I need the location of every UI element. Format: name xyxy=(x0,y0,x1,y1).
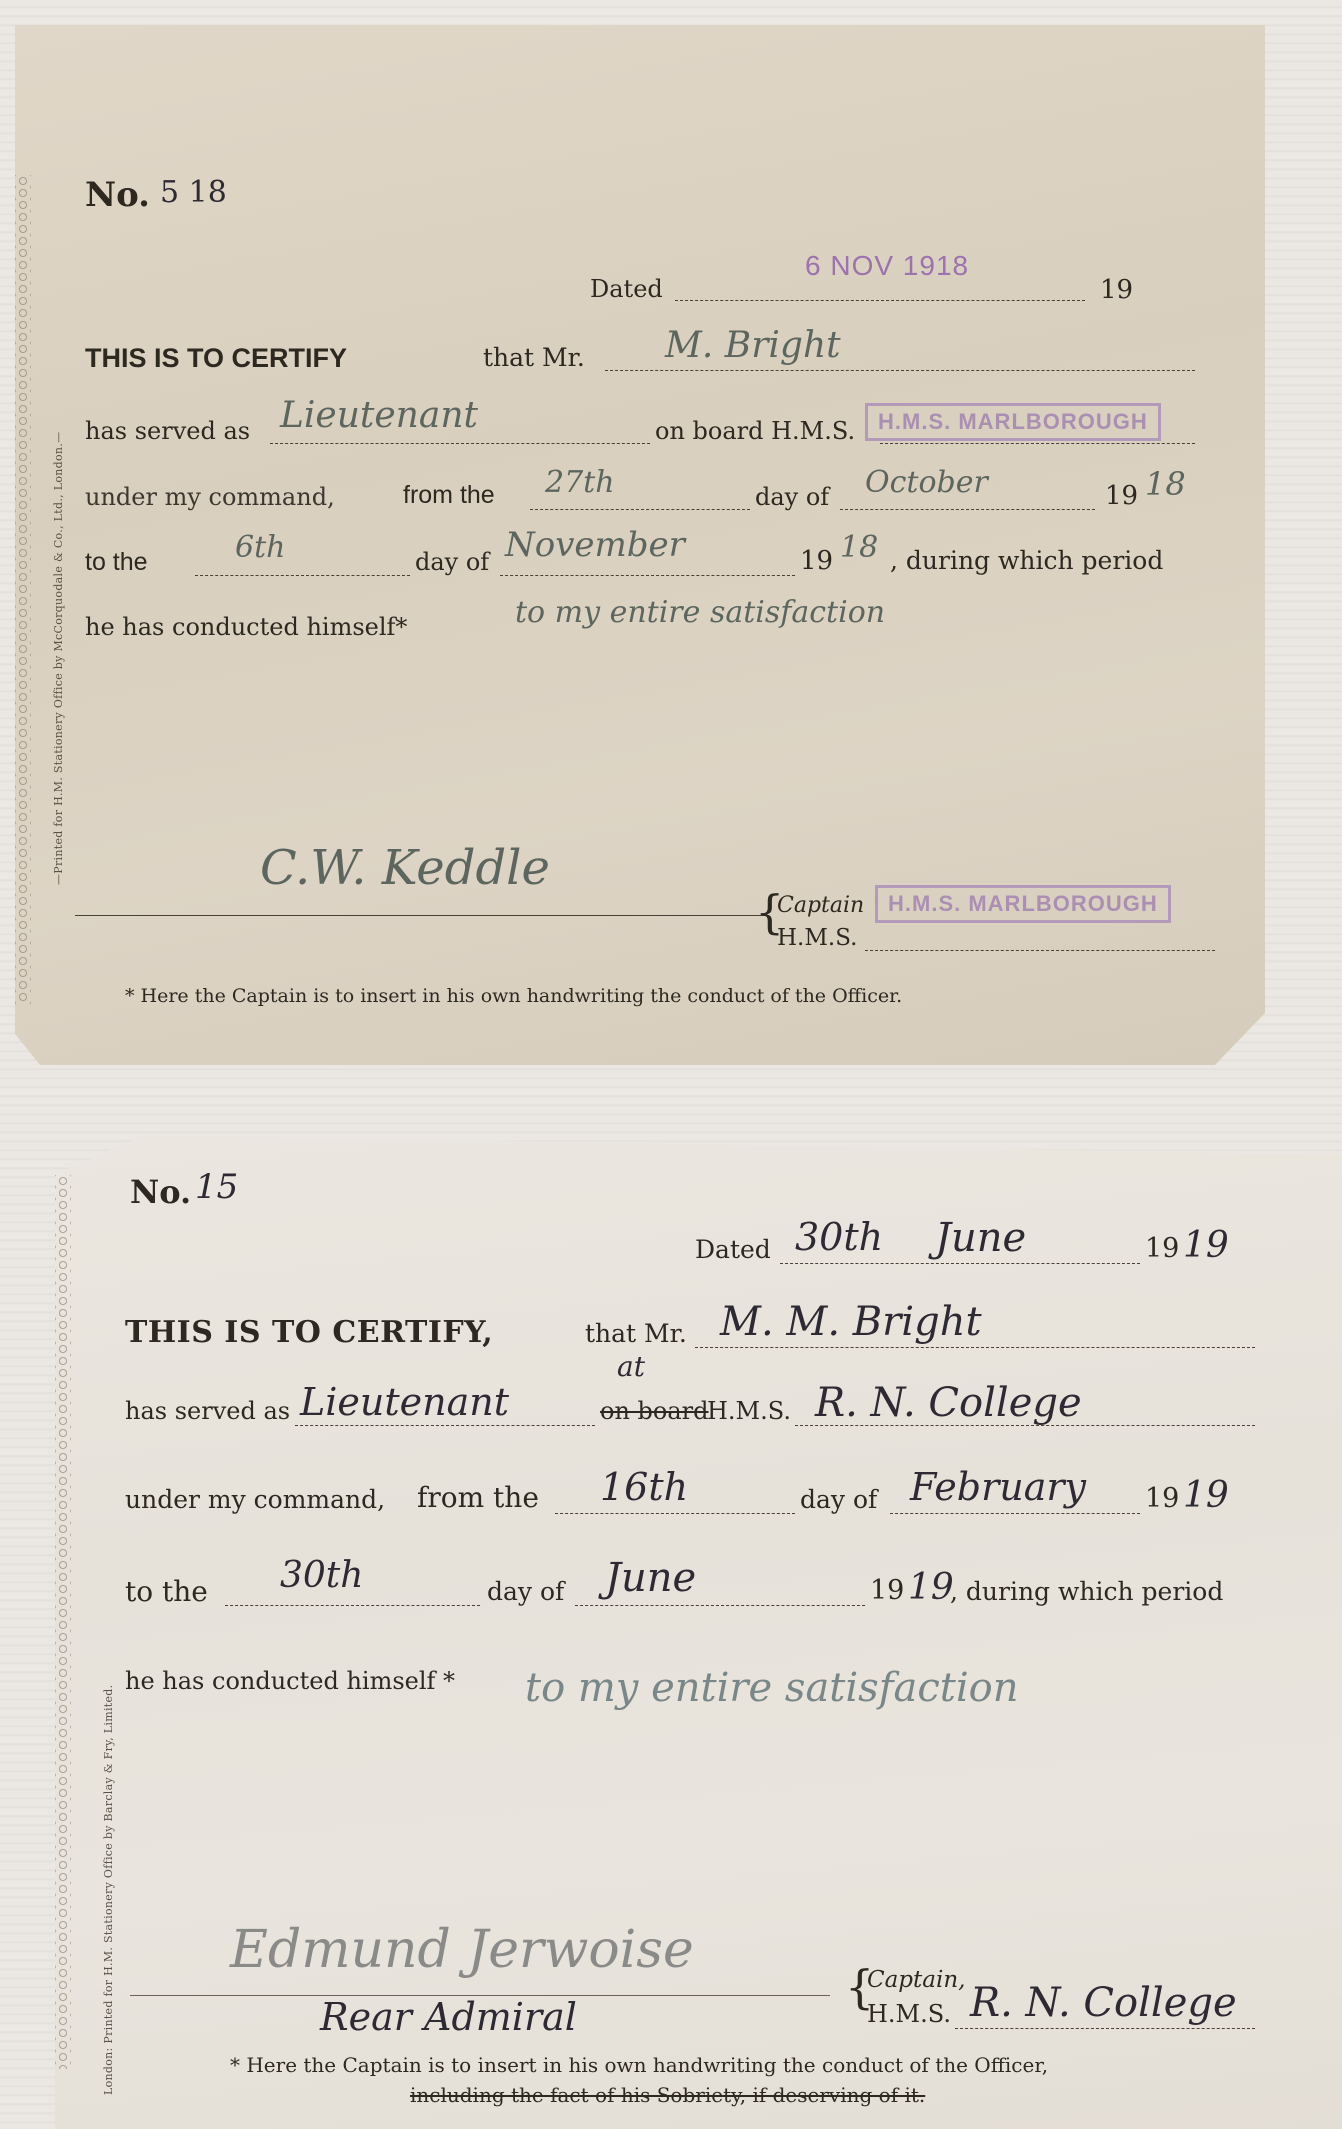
conduct-label: he has conducted himself * xyxy=(125,1667,455,1695)
that-mr-label: that Mr. xyxy=(585,1319,687,1348)
footnote-struck: including the fact of his Sobriety, if d… xyxy=(410,2083,925,2107)
to-month: June xyxy=(605,1555,696,1601)
certificate-1918: —Printed for H.M. Stationery Office by M… xyxy=(15,25,1265,1065)
dated-year-prefix: 19 xyxy=(1145,1233,1179,1264)
command-label: under my command, xyxy=(85,483,335,511)
day-of-label: day of xyxy=(800,1485,877,1514)
to-year-prefix: 19 xyxy=(870,1575,904,1606)
served-as-label: has served as xyxy=(85,417,250,445)
ship-stamp: H.M.S. MARLBOROUGH xyxy=(865,403,1161,441)
from-the-label: from the xyxy=(403,481,495,510)
certificate-1919: London: Printed for H.M. Stationery Offi… xyxy=(55,1135,1342,2129)
footnote: * Here the Captain is to insert in his o… xyxy=(230,2053,1048,2077)
from-month: February xyxy=(910,1465,1086,1509)
captain-signature: C.W. Keddle xyxy=(260,840,550,896)
from-year-suffix: 19 xyxy=(1183,1475,1229,1516)
that-mr-label: that Mr. xyxy=(483,343,585,372)
to-the-label: to the xyxy=(85,548,148,577)
certificate-number: 5 18 xyxy=(160,175,227,210)
officer-rank: Lieutenant xyxy=(280,395,478,436)
from-year-suffix: 18 xyxy=(1145,465,1186,503)
on-board-struck: on board xyxy=(600,1397,709,1425)
from-day: 16th xyxy=(600,1465,688,1509)
to-month: November xyxy=(505,525,685,565)
certificate-number-label: No. xyxy=(85,175,150,215)
command-label: under my command, xyxy=(125,1485,385,1514)
captain-label: Captain xyxy=(777,893,864,918)
certificate-number-label: No. xyxy=(130,1173,191,1211)
to-year-suffix: 19 xyxy=(908,1567,954,1608)
footnote: * Here the Captain is to insert in his o… xyxy=(125,985,902,1007)
captain-hms-label: H.M.S. xyxy=(777,925,857,951)
dated-year-suffix: 19 xyxy=(1183,1225,1229,1266)
period-label: , during which period xyxy=(950,1577,1223,1606)
officer-rank: Lieutenant xyxy=(300,1380,509,1424)
dated-year-prefix: 19 xyxy=(1100,275,1133,305)
signature-title: Rear Admiral xyxy=(320,1995,577,2039)
officer-name: M. M. Bright xyxy=(720,1299,982,1345)
from-month: October xyxy=(865,465,988,500)
date-stamp: 6 NOV 1918 xyxy=(805,250,969,282)
certify-heading: THIS IS TO CERTIFY xyxy=(85,343,347,374)
dated-label: Dated xyxy=(695,1235,771,1264)
period-label: , during which period xyxy=(890,546,1163,575)
dated-label: Dated xyxy=(590,275,663,303)
officer-name: M. Bright xyxy=(665,325,841,366)
to-day-of-label: day of xyxy=(487,1577,564,1606)
served-as-label: has served as xyxy=(125,1397,290,1425)
to-the-label: to the xyxy=(125,1575,208,1608)
conduct-text: to my entire satisfaction xyxy=(525,1665,1018,1711)
captain-ship: R. N. College xyxy=(970,1980,1237,2026)
captain-label: Captain, xyxy=(867,1967,965,1993)
printer-imprint: —Printed for H.M. Stationery Office by M… xyxy=(52,432,65,885)
conduct-label: he has conducted himself* xyxy=(85,613,407,641)
on-board-label: on board H.M.S. xyxy=(655,417,855,445)
from-year-prefix: 19 xyxy=(1105,481,1138,511)
dated-day: 30th xyxy=(795,1215,883,1259)
conduct-text: to my entire satisfaction xyxy=(515,595,885,630)
captain-hms-label: H.M.S. xyxy=(867,2000,951,2028)
from-day: 27th xyxy=(545,465,615,500)
certify-heading: THIS IS TO CERTIFY, xyxy=(125,1315,493,1350)
ship-name: R. N. College xyxy=(815,1380,1082,1426)
perforated-edge xyxy=(55,1175,71,2069)
hms-label: H.M.S. xyxy=(707,1397,791,1425)
from-the-label: from the xyxy=(417,1481,539,1514)
perforated-edge xyxy=(15,175,31,1005)
to-year-suffix: 18 xyxy=(840,530,878,565)
to-day: 30th xyxy=(280,1555,363,1596)
at-insert: at xyxy=(617,1350,645,1383)
dated-month: June xyxy=(935,1215,1026,1261)
from-year-prefix: 19 xyxy=(1145,1483,1179,1514)
captain-signature: Edmund Jerwoise xyxy=(230,1920,694,1980)
to-day: 6th xyxy=(235,530,285,565)
captain-ship-stamp: H.M.S. MARLBOROUGH xyxy=(875,885,1171,923)
to-day-of-label: day of xyxy=(415,548,489,576)
day-of-label: day of xyxy=(755,483,829,511)
certificate-number: 15 xyxy=(195,1167,238,1207)
printer-imprint: London: Printed for H.M. Stationery Offi… xyxy=(102,1685,115,2095)
to-year-prefix: 19 xyxy=(800,546,833,576)
